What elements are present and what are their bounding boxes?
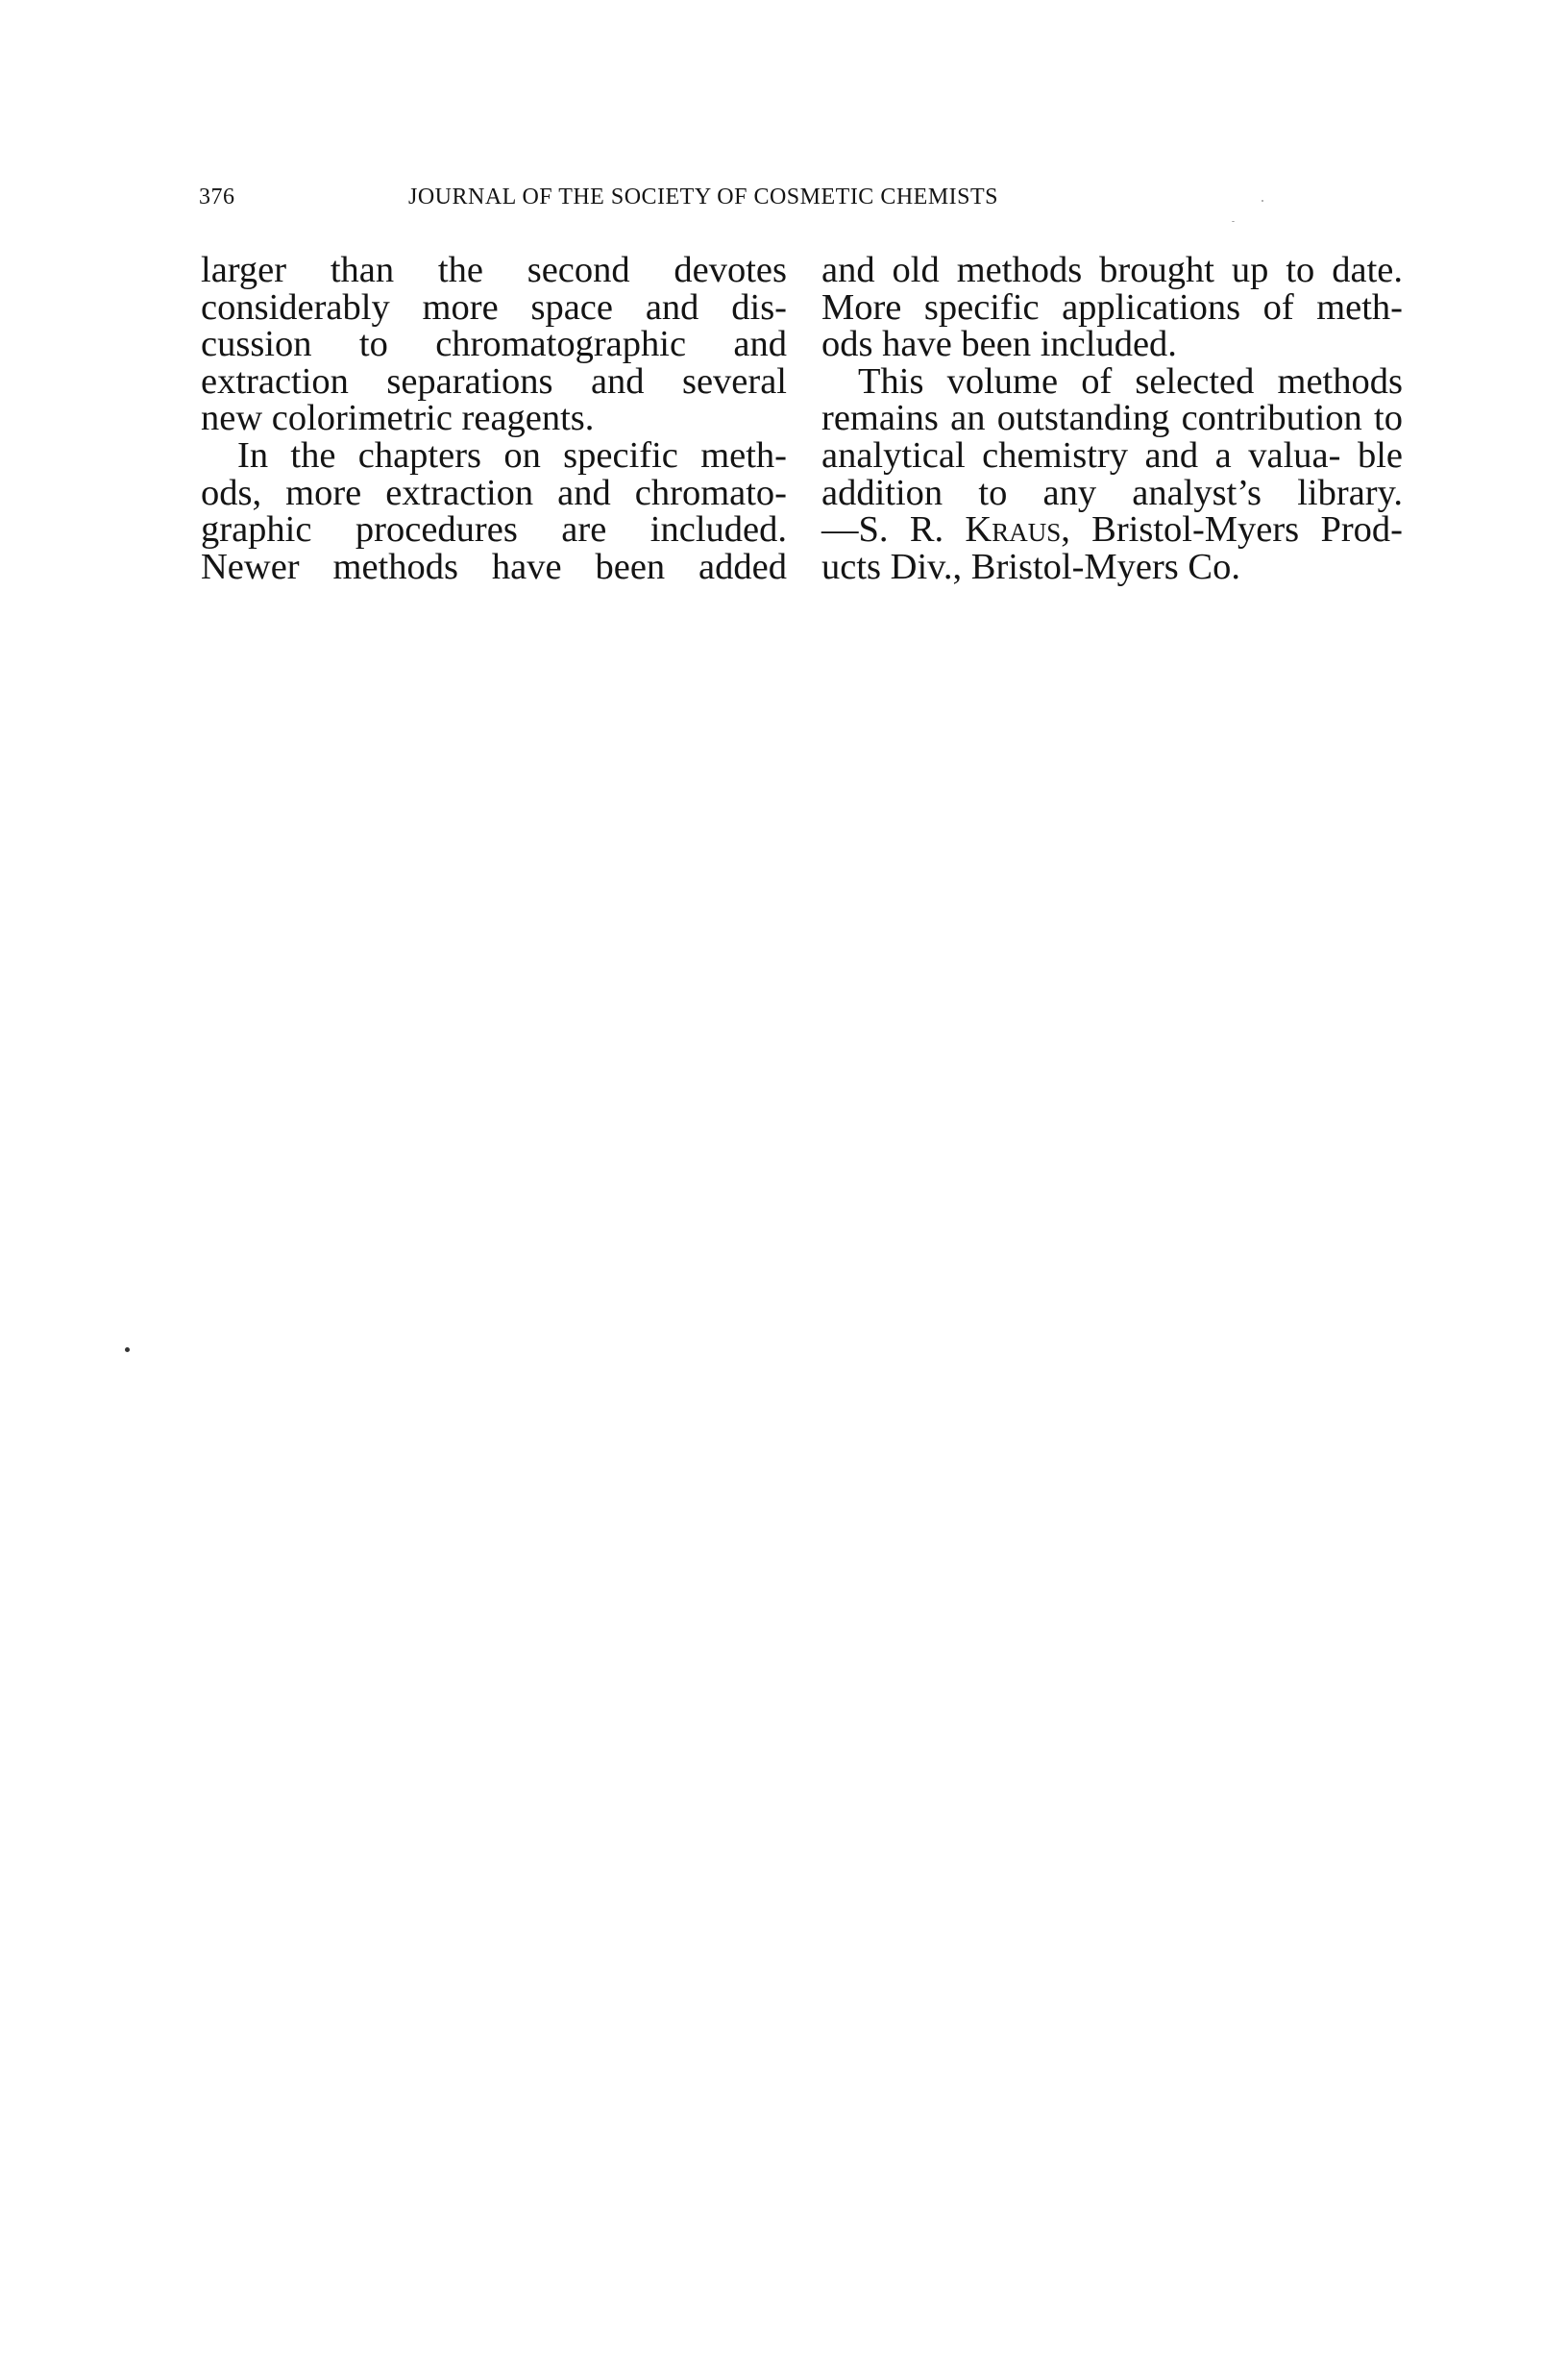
- signature-affiliation: , Bristol-Myers Prod-: [1061, 509, 1403, 550]
- journal-title: JOURNAL OF THE SOCIETY OF COSMETIC CHEMI…: [408, 185, 998, 210]
- text-line: This volume of selected methods: [858, 361, 1403, 402]
- text-line: and old methods brought up to date.: [821, 250, 1403, 290]
- text-line: cussion to chromatographic and: [201, 324, 787, 364]
- review-signature-cont: ucts Div., Bristol-Myers Co.: [821, 549, 1403, 586]
- paragraph: This volume of selected methods remains …: [821, 363, 1403, 511]
- paragraph-end: ods have been included.: [821, 326, 1403, 363]
- scan-speck: [125, 1347, 130, 1352]
- text-line: new colorimetric reagents.: [201, 398, 594, 438]
- text-line: considerably more space and dis-: [201, 287, 787, 328]
- text-line: In the chapters on specific meth-: [237, 435, 787, 476]
- left-column: larger than the second devotes considera…: [201, 252, 787, 585]
- signature-affiliation: ucts Div., Bristol-Myers Co.: [821, 547, 1240, 587]
- scan-speck: [1232, 221, 1235, 222]
- paragraph: and old methods brought up to date. More…: [821, 252, 1403, 326]
- page-number: 376: [199, 185, 235, 210]
- text-line: extraction separations and several: [201, 361, 787, 402]
- signature-surname: Kraus: [965, 509, 1061, 550]
- text-line: Newer methods have been added: [201, 547, 787, 587]
- text-line: ods, more extraction and chromato-: [201, 473, 787, 513]
- scan-speck: [1262, 200, 1263, 202]
- paragraph-end: new colorimetric reagents.: [201, 400, 787, 437]
- text-line: ods have been included.: [821, 324, 1177, 364]
- review-signature: —S. R. Kraus, Bristol-Myers Prod-: [821, 511, 1403, 549]
- text-line: remains an outstanding contribution: [821, 398, 1362, 438]
- signature-initials: —S. R.: [821, 509, 965, 550]
- paragraph: In the chapters on specific meth- ods, m…: [201, 437, 787, 585]
- text-line: larger than the second devotes: [201, 250, 787, 290]
- running-header: 376 JOURNAL OF THE SOCIETY OF COSMETIC C…: [199, 185, 1256, 219]
- right-column: and old methods brought up to date. More…: [821, 252, 1403, 585]
- text-line: More specific applications of meth-: [821, 287, 1403, 328]
- text-line: graphic procedures are included.: [201, 509, 787, 550]
- paragraph: larger than the second devotes considera…: [201, 252, 787, 400]
